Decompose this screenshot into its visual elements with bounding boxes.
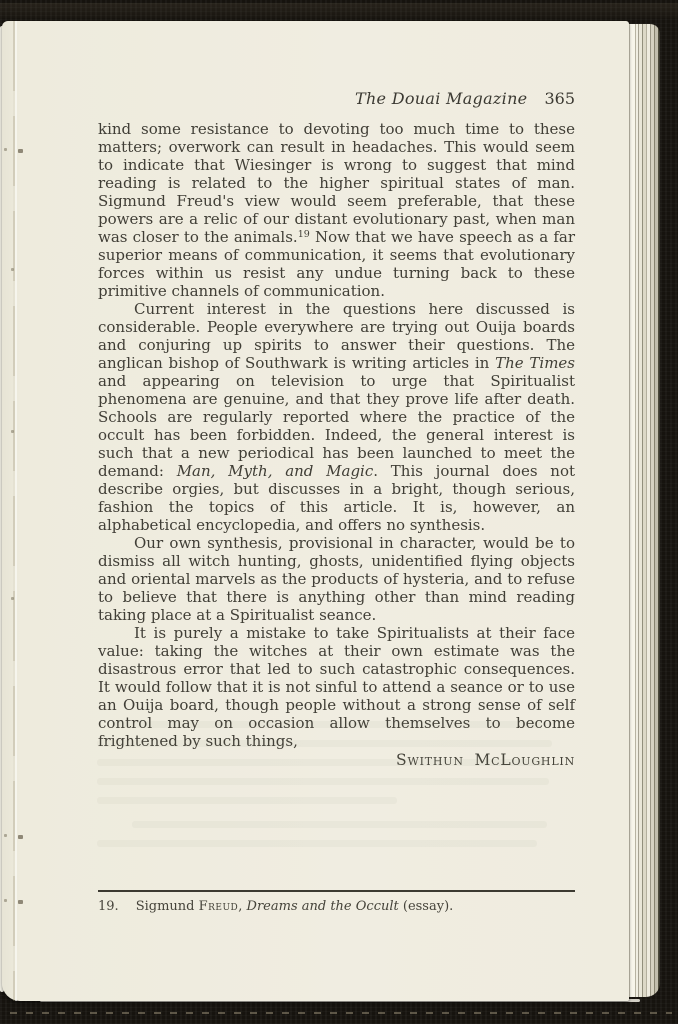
- book-cover-top-edge: [0, 3, 678, 18]
- footnote-author-first-name: Sigmund: [136, 899, 199, 914]
- binding-stitch-mark: [18, 900, 23, 904]
- body-paragraph-4: It is purely a mistake to take Spiritual…: [98, 624, 575, 750]
- page-number: 365: [544, 89, 575, 108]
- binding-stitch-mark: [4, 834, 7, 837]
- gutter-fold-highlight: [15, 21, 17, 1001]
- footnote-suffix: (essay).: [399, 899, 454, 914]
- body-text-block: kind some resistance to devoting too muc…: [98, 120, 575, 769]
- book-page: The Douai Magazine365 kind some resistan…: [2, 21, 629, 1001]
- binding-stitch-mark: [11, 597, 14, 600]
- book-photograph: The Douai Magazine365 kind some resistan…: [0, 0, 678, 1024]
- binding-stitch-mark: [11, 268, 14, 271]
- show-through-ghosting: [97, 778, 549, 785]
- show-through-ghosting: [97, 840, 537, 847]
- periodical-title-man-myth-and-magic: Man, Myth, and Magic: [177, 462, 374, 480]
- show-through-ghosting: [132, 821, 547, 828]
- footnote-19: 19.Sigmund Freud, Dreams and the Occult …: [98, 899, 575, 915]
- footnote-work-title: Dreams and the Occult: [247, 899, 399, 914]
- show-through-ghosting: [112, 721, 542, 728]
- body-paragraph-2: Current interest in the questions here d…: [98, 300, 575, 534]
- binding-stitch-mark: [4, 148, 7, 151]
- book-cover-bottom-edge-highlight: [10, 1012, 672, 1014]
- footnote-reference-19: 19: [298, 229, 310, 240]
- binding-stitch-mark: [11, 430, 14, 433]
- footnote-divider-rule: [98, 890, 575, 892]
- show-through-ghosting: [97, 797, 397, 804]
- body-paragraph-3: Our own synthesis, provisional in charac…: [98, 534, 575, 624]
- binding-stitch-mark: [18, 835, 23, 839]
- footnote-separator: ,: [238, 899, 246, 914]
- body-paragraph-1: kind some resistance to devoting too muc…: [98, 120, 575, 300]
- show-through-ghosting: [97, 759, 545, 766]
- footnote-number: 19.: [98, 899, 119, 914]
- magazine-title: The Douai Magazine: [355, 89, 527, 108]
- show-through-ghosting: [97, 740, 552, 747]
- binding-stitch-mark: [18, 149, 23, 153]
- periodical-title-the-times: The Times: [495, 354, 575, 372]
- binding-stitch-mark: [4, 899, 7, 902]
- fore-edge-page-stack: [629, 24, 660, 997]
- footnote-author-surname: Freud: [199, 899, 239, 914]
- footnote-section: 19.Sigmund Freud, Dreams and the Occult …: [98, 890, 575, 915]
- running-head: The Douai Magazine365: [98, 89, 575, 108]
